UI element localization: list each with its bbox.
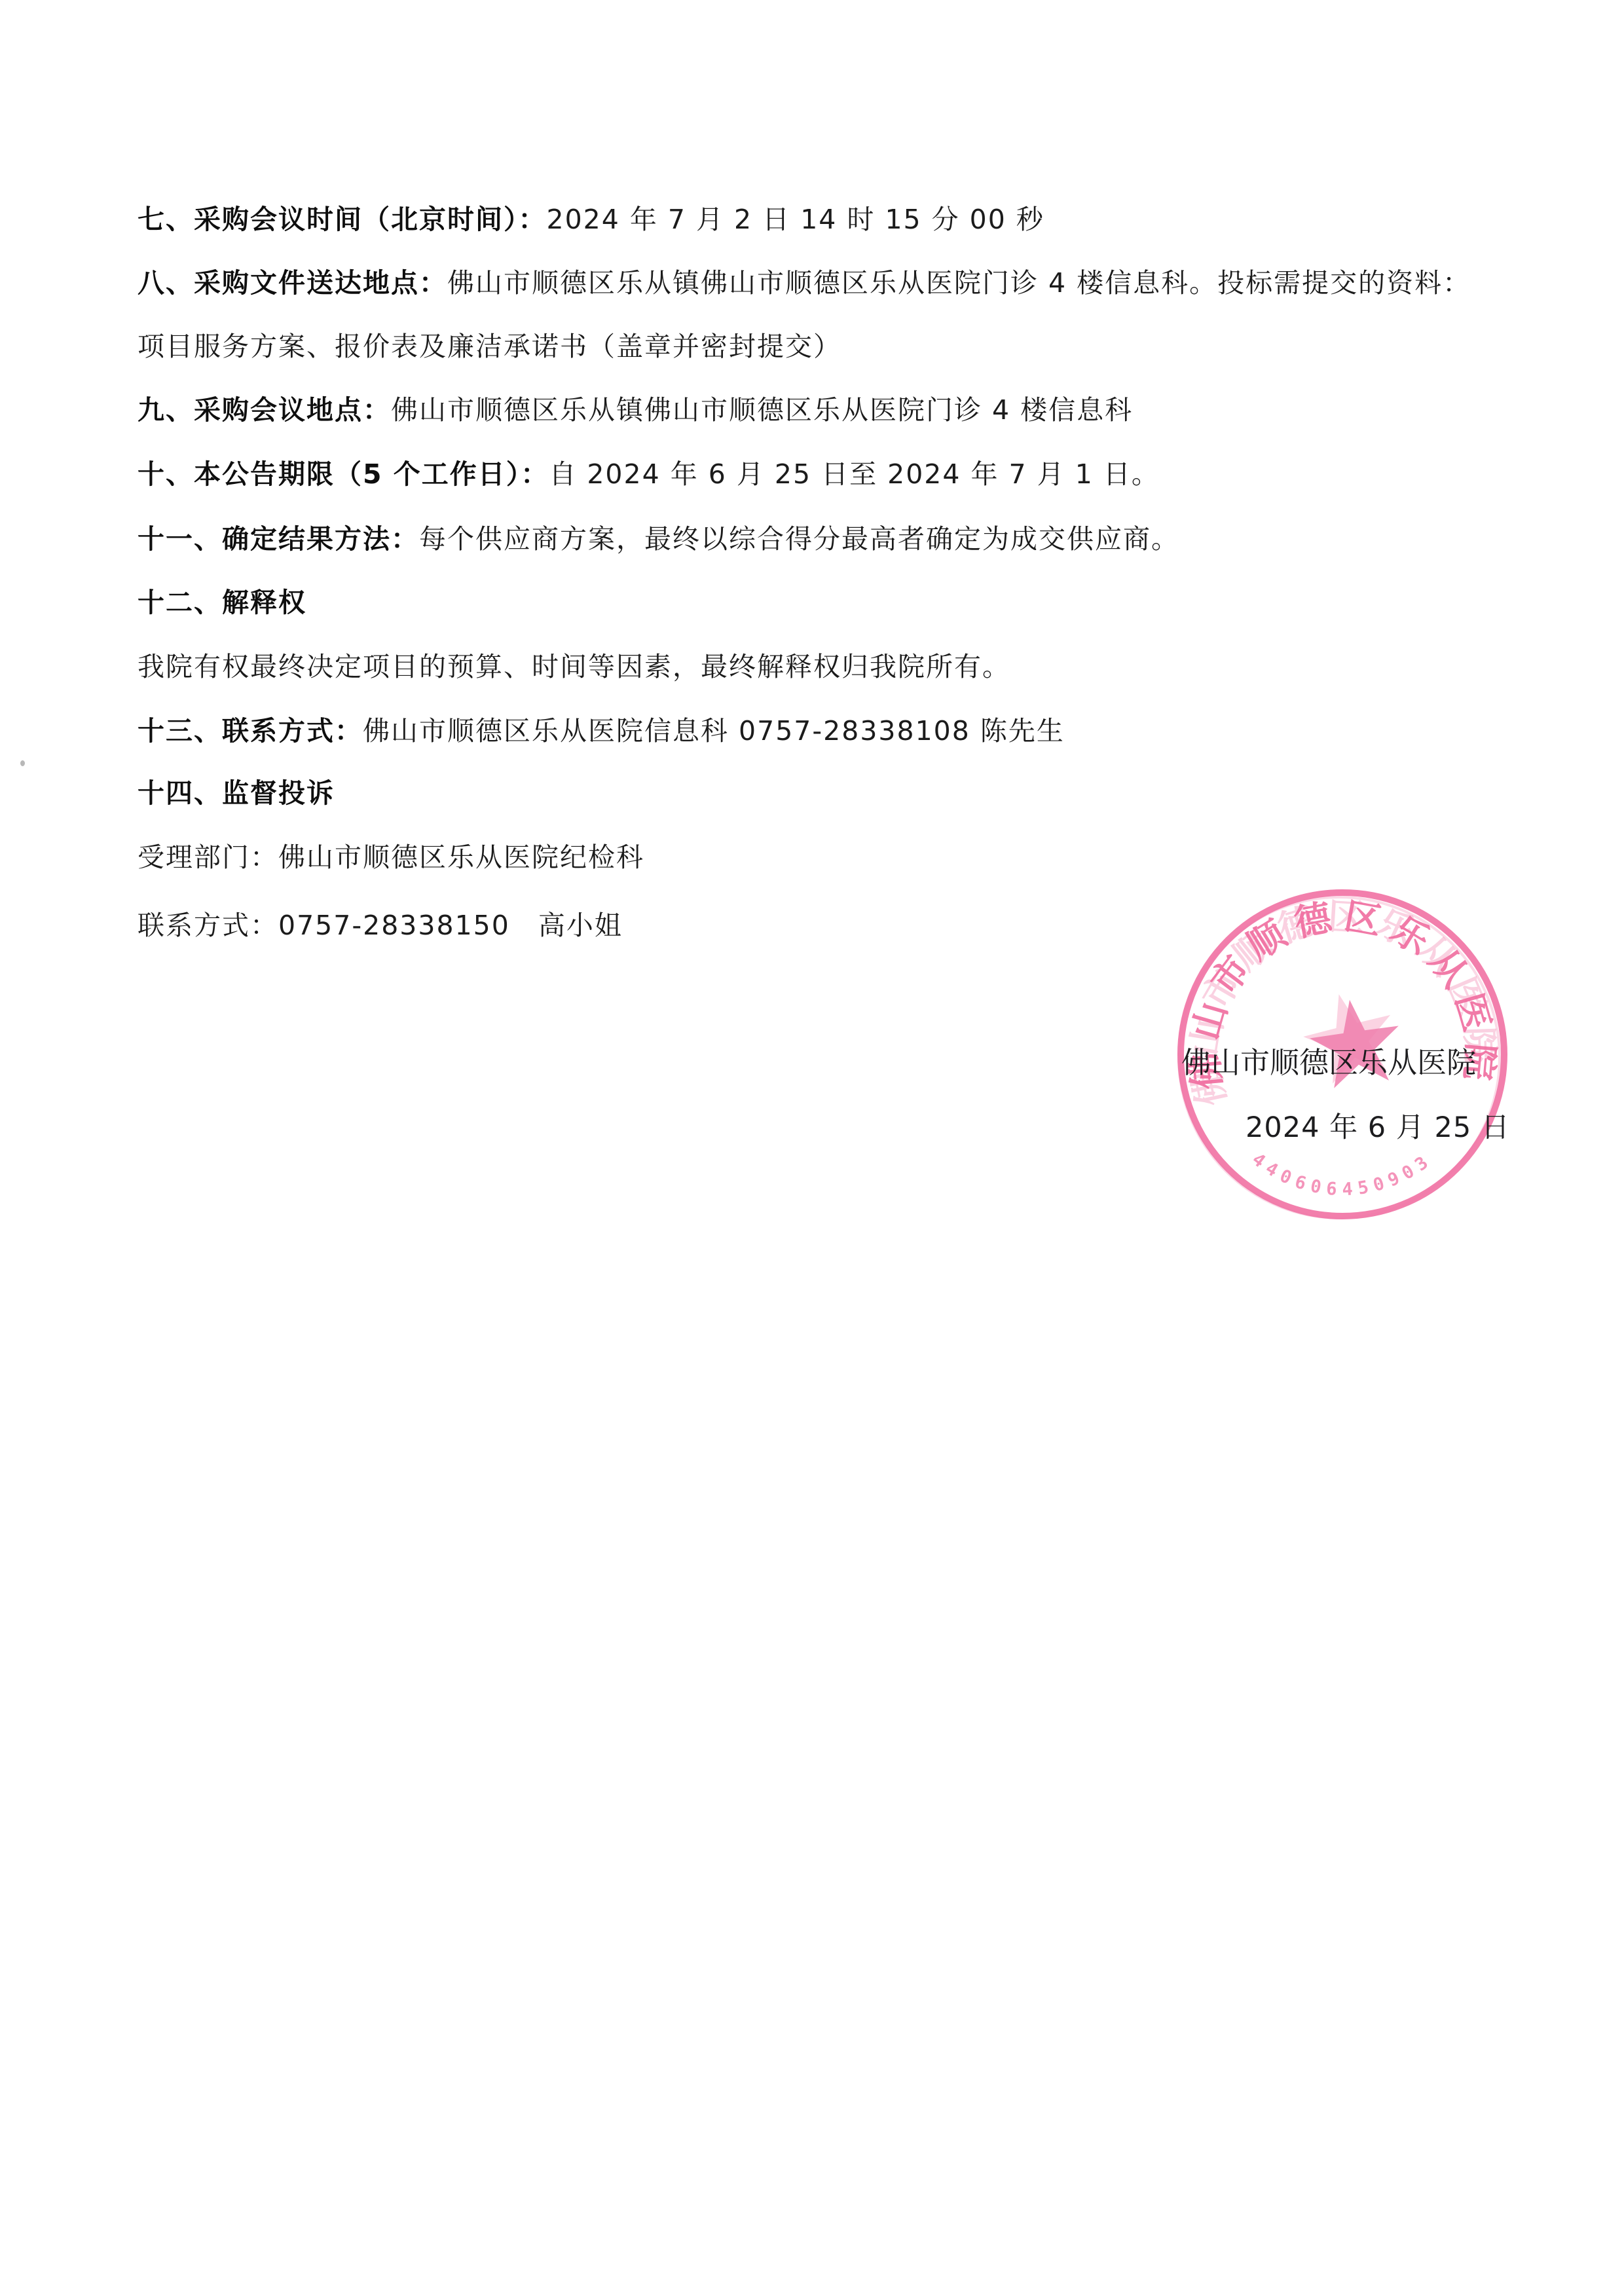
seal-date: 2024 年 6 月 25 日 — [1246, 1105, 1510, 1145]
paragraph-item-12: 十二、解释权 — [138, 588, 306, 618]
paragraph-text: 联系方式：0757-28338150 高小姐 — [138, 910, 623, 941]
hospital-seal: 佛山市顺德区乐从医院 佛山市顺德区乐从医院 440606450903 佛山市顺德… — [1159, 871, 1526, 1238]
paragraph-text: 受理部门：佛山市顺德区乐从医院纪检科 — [138, 842, 644, 873]
paragraph-label: 九、采购会议地点： — [138, 394, 391, 426]
document-page: 七、采购会议时间（北京时间）：2024 年 7 月 2 日 14 时 15 分 … — [0, 0, 1624, 2296]
paragraph-item-8: 八、采购文件送达地点：佛山市顺德区乐从镇佛山市顺德区乐从医院门诊 4 楼信息科。… — [138, 268, 1471, 298]
paragraph-label: 八、采购文件送达地点： — [138, 267, 447, 299]
paragraph-label: 十、本公告期限（5 个工作日）： — [138, 458, 549, 490]
paragraph-complaint-dept: 受理部门：佛山市顺德区乐从医院纪检科 — [138, 843, 644, 872]
svg-text:440606450903: 440606450903 — [1248, 1149, 1437, 1200]
paragraph-label: 十三、联系方式： — [138, 715, 363, 747]
paragraph-text: 每个供应商方案，最终以综合得分最高者确定为成交供应商。 — [419, 523, 1179, 555]
paragraph-item-11: 十一、确定结果方法：每个供应商方案，最终以综合得分最高者确定为成交供应商。 — [138, 525, 1179, 554]
paragraph-item-12-body: 我院有权最终决定项目的预算、时间等因素，最终解释权归我院所有。 — [138, 652, 1010, 682]
seal-hospital-name: 佛山市顺德区乐从医院 — [1181, 1039, 1483, 1081]
paragraph-text: 我院有权最终决定项目的预算、时间等因素，最终解释权归我院所有。 — [138, 651, 1010, 682]
paragraph-text: 项目服务方案、报价表及廉洁承诺书（盖章并密封提交） — [138, 331, 841, 362]
paragraph-text: 佛山市顺德区乐从医院信息科 0757-28338108 陈先生 — [363, 715, 1065, 747]
paragraph-text: 2024 年 7 月 2 日 14 时 15 分 00 秒 — [547, 204, 1044, 235]
paragraph-text: 自 2024 年 6 月 25 日至 2024 年 7 月 1 日。 — [549, 458, 1160, 490]
paragraph-text: 佛山市顺德区乐从镇佛山市顺德区乐从医院门诊 4 楼信息科。投标需提交的资料： — [447, 267, 1471, 299]
scan-artifact-dot — [20, 760, 25, 766]
paragraph-item-7: 七、采购会议时间（北京时间）：2024 年 7 月 2 日 14 时 15 分 … — [138, 205, 1044, 234]
paragraph-item-8-continuation: 项目服务方案、报价表及廉洁承诺书（盖章并密封提交） — [138, 332, 841, 361]
paragraph-text: 佛山市顺德区乐从镇佛山市顺德区乐从医院门诊 4 楼信息科 — [391, 394, 1133, 426]
paragraph-item-14: 十四、监督投诉 — [138, 779, 335, 808]
paragraph-label: 十二、解释权 — [138, 587, 306, 618]
paragraph-item-13: 十三、联系方式：佛山市顺德区乐从医院信息科 0757-28338108 陈先生 — [138, 716, 1065, 746]
paragraph-item-9: 九、采购会议地点：佛山市顺德区乐从镇佛山市顺德区乐从医院门诊 4 楼信息科 — [138, 396, 1133, 425]
paragraph-label: 七、采购会议时间（北京时间）： — [138, 204, 547, 235]
paragraph-item-10: 十、本公告期限（5 个工作日）：自 2024 年 6 月 25 日至 2024 … — [138, 460, 1160, 489]
seal-serial-number: 440606450903 — [1248, 1149, 1437, 1200]
paragraph-label: 十一、确定结果方法： — [138, 523, 419, 555]
paragraph-label: 十四、监督投诉 — [138, 777, 335, 809]
paragraph-complaint-contact: 联系方式：0757-28338150 高小姐 — [138, 911, 623, 940]
